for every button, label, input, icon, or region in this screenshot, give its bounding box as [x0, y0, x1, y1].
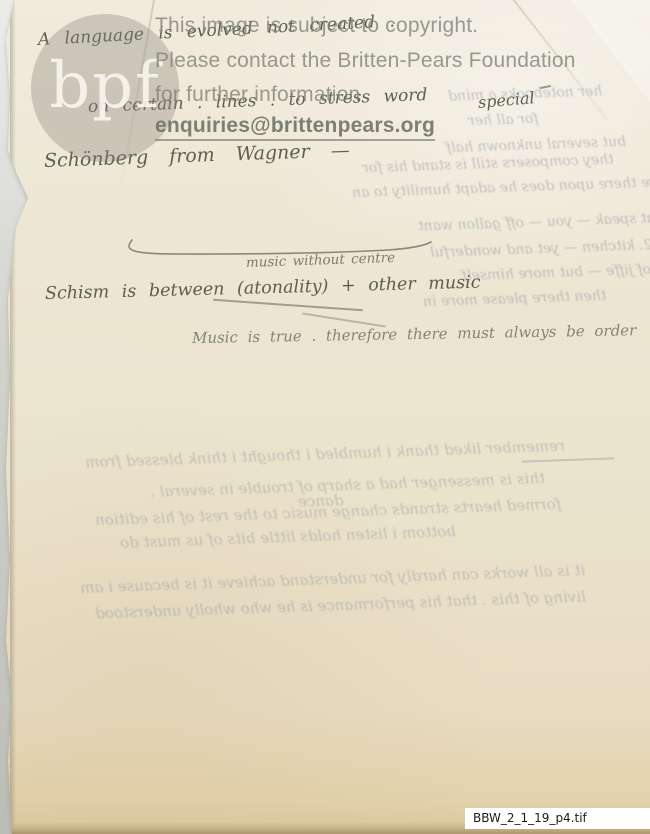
watermark-email: enquiries@brittenpears.org — [155, 114, 435, 141]
ghost-writing-line: bottom i listen holds little bits of us … — [120, 522, 456, 552]
ghost-writing-line: remember liked thank i humbled i thought… — [85, 437, 565, 472]
ghost-writing-line: 2. kitchen — yet and wonderful — [430, 237, 650, 261]
handwritten-note-schism: Schism is between (atonality) + other mu… — [45, 273, 481, 304]
paper-shadow-wrap: her notebooks a mind for all her but sev… — [0, 0, 650, 834]
ghost-writing-line: for all her — [468, 111, 539, 129]
ghost-writing-line: this is messenger had a sharp of trouble… — [150, 469, 545, 501]
handwritten-note-special: special — [477, 88, 535, 112]
filename-label: BBW_2_1_19_p4.tif — [465, 808, 650, 829]
watermark-line-3: for further information — [155, 83, 360, 107]
ghost-writing-line: it is here there upon does he adapt humi… — [352, 173, 650, 201]
ghost-writing-line: quietly of jiffe — but more himself — [462, 260, 650, 284]
torn-left-edge-shadow — [10, 0, 16, 834]
pencil-underline — [213, 299, 363, 311]
bpf-logo-text: bpf — [49, 49, 161, 123]
watermark-line-2: Please contact the Britten-Pears Foundat… — [155, 49, 576, 73]
scanned-manuscript-page: her notebooks a mind for all her but sev… — [0, 0, 650, 834]
watermark-line-1: This image is subject to copyright. — [155, 14, 478, 38]
ghost-underline — [522, 457, 614, 462]
ghost-writing-line: they composers still is stand his for — [362, 152, 614, 177]
ghost-writing-line: hasnt speak — you — off gallon want — [418, 209, 650, 234]
paper-sheet: her notebooks a mind for all her but sev… — [0, 0, 650, 834]
handwritten-note-order: Music is true . therefore there must alw… — [192, 321, 637, 347]
